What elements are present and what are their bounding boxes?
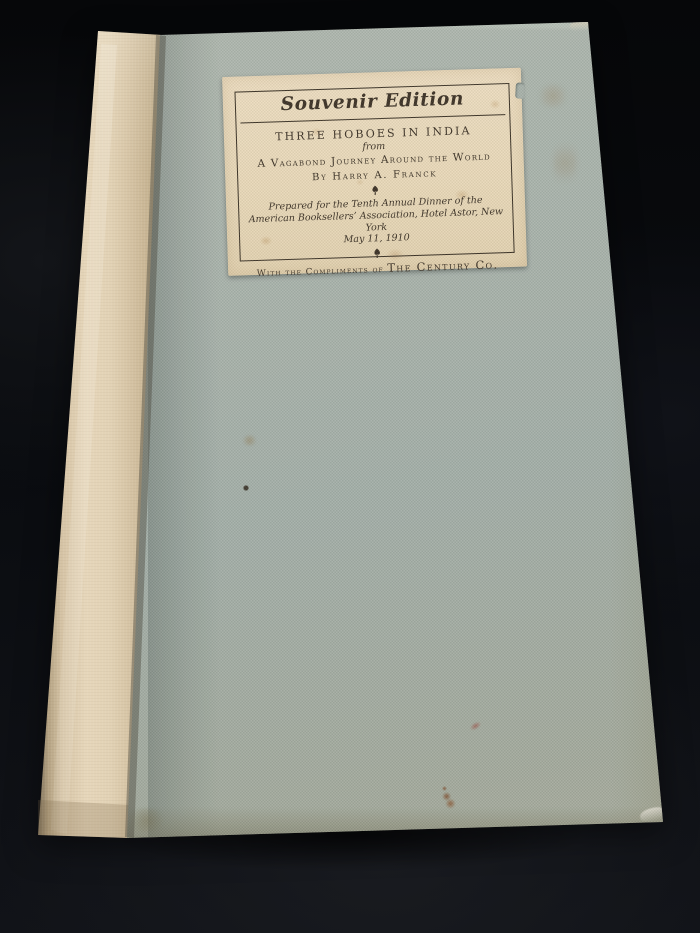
label-edition-heading: Souvenir Edition xyxy=(240,88,506,124)
label-event-line: Prepared for the Tenth Annual Dinner of … xyxy=(268,195,482,213)
foxing-spot xyxy=(536,84,570,108)
label-event-line: American Booksellers’ Association, Hotel… xyxy=(239,206,513,238)
label-from-word: from xyxy=(362,142,385,153)
hedera-ornament-icon xyxy=(372,249,381,258)
brown-stain xyxy=(440,791,459,809)
label-author-byline: By Harry A. Franck xyxy=(312,169,438,184)
brown-speck xyxy=(442,786,447,791)
label-edge-chip xyxy=(515,82,525,98)
corner-wear-top-right xyxy=(570,20,594,31)
tan-smudge xyxy=(241,435,258,446)
compliments-prefix: With the Compliments of xyxy=(257,265,384,279)
souvenir-label: Souvenir Edition THREE HOBOES IN INDIA f… xyxy=(222,68,527,276)
label-compliments-line: With the Compliments of The Century Co. xyxy=(257,258,499,279)
foxing-spot xyxy=(553,138,577,188)
label-border-box: Souvenir Edition THREE HOBOES IN INDIA f… xyxy=(234,83,514,262)
label-event-date: May 11, 1910 xyxy=(343,232,409,246)
fore-edge-grime xyxy=(610,60,668,830)
corner-wear-bottom-right xyxy=(639,805,667,824)
dark-speck xyxy=(243,485,249,491)
label-source-title: A Vagabond Journey Around the World xyxy=(257,151,491,170)
publisher-name: The Century Co. xyxy=(387,257,498,274)
bottom-edge-grime xyxy=(120,806,666,840)
hedera-ornament-icon xyxy=(370,186,379,195)
foxing-spot xyxy=(423,86,455,103)
photo-background: Souvenir Edition THREE HOBOES IN INDIA f… xyxy=(0,0,700,933)
foxing-spot xyxy=(466,112,490,125)
red-mark xyxy=(468,719,483,733)
top-edge-highlight xyxy=(158,20,590,29)
book: Souvenir Edition THREE HOBOES IN INDIA f… xyxy=(0,0,700,933)
label-book-title: THREE HOBOES IN INDIA xyxy=(275,126,472,144)
